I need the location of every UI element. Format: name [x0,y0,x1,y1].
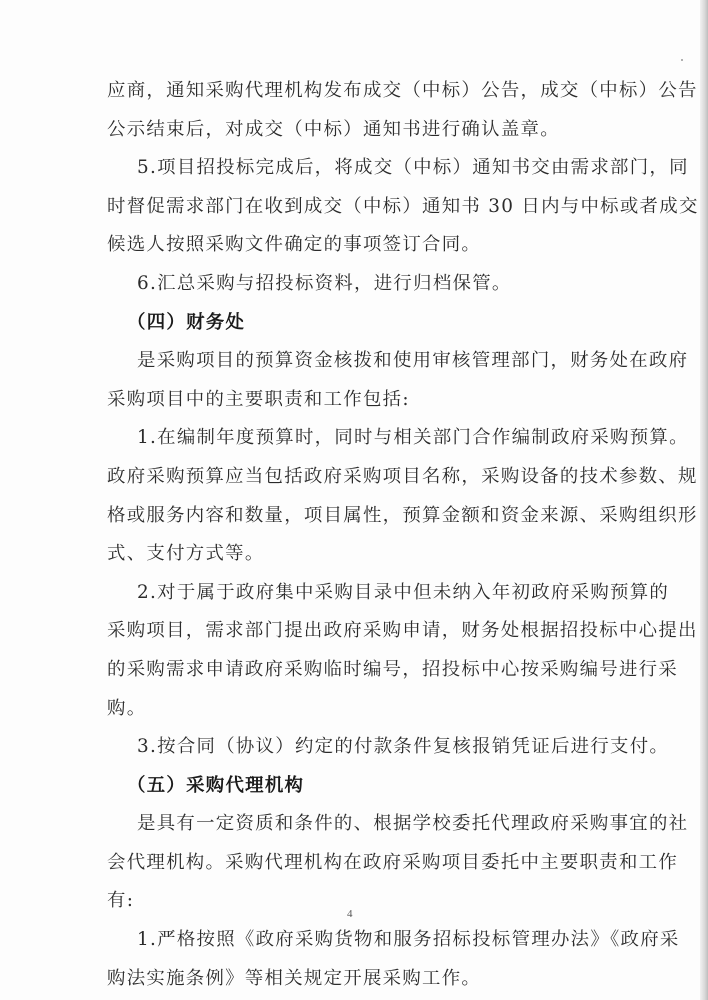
text-line: 采购项目中的主要职责和工作包括: [107,381,583,420]
text-line: 购法实施条例》等相关规定开展采购工作。 [107,960,583,999]
text-line: 的采购需求申请政府采购临时编号，招投标中心按采购编号进行采 [107,651,583,690]
text-line: 应商，通知采购代理机构发布成交（中标）公告，成交（中标）公告 [107,72,583,111]
document-body: 应商，通知采购代理机构发布成交（中标）公告，成交（中标）公告 公示结束后，对成交… [107,72,583,998]
text-line: 有: [107,882,583,921]
list-item-1: 1.在编制年度预算时，同时与相关部门合作编制政府采购预算。 [107,419,583,458]
section-heading-agency: （五）采购代理机构 [107,767,583,806]
text-line: 式、支付方式等。 [107,535,583,574]
section-heading-finance: （四）财务处 [107,304,583,343]
paragraph-start: 是采购项目的预算资金核拨和使用审核管理部门，财务处在政府 [107,342,583,381]
text-line: 政府采购预算应当包括政府采购项目名称，采购设备的技术参数、规 [107,458,583,497]
text-line: 公示结束后，对成交（中标）通知书进行确认盖章。 [107,111,583,150]
paragraph-start: 是具有一定资质和条件的、根据学校委托代理政府采购事宜的社 [107,805,583,844]
text-line: 格或服务内容和数量，项目属性，预算金额和资金来源、采购组织形 [107,497,583,536]
text-line: 采购项目，需求部门提出政府采购申请，财务处根据招投标中心提出 [107,612,583,651]
scan-speck [681,59,683,61]
list-item-2: 2.对于属于政府集中采购目录中但未纳入年初政府采购预算的 [107,574,583,613]
document-page: 应商，通知采购代理机构发布成交（中标）公告，成交（中标）公告 公示结束后，对成交… [0,0,700,1000]
list-item-5: 5.项目招投标完成后，将成交（中标）通知书交由需求部门，同 [107,149,583,188]
list-item-3: 3.按合同（协议）约定的付款条件复核报销凭证后进行支付。 [107,728,583,767]
text-line: 购。 [107,690,583,729]
text-line: 会代理机构。采购代理机构在政府采购项目委托中主要职责和工作 [107,844,583,883]
list-item-1: 1.严格按照《政府采购货物和服务招标投标管理办法》《政府采 [107,921,583,960]
text-line: 时督促需求部门在收到成交（中标）通知书 30 日内与中标或者成交 [107,188,583,227]
page-number: 4 [347,908,353,920]
scan-page-edge [700,0,708,1000]
list-item-6: 6.汇总采购与招投标资料，进行归档保管。 [107,265,583,304]
text-line: 候选人按照采购文件确定的事项签订合同。 [107,226,583,265]
